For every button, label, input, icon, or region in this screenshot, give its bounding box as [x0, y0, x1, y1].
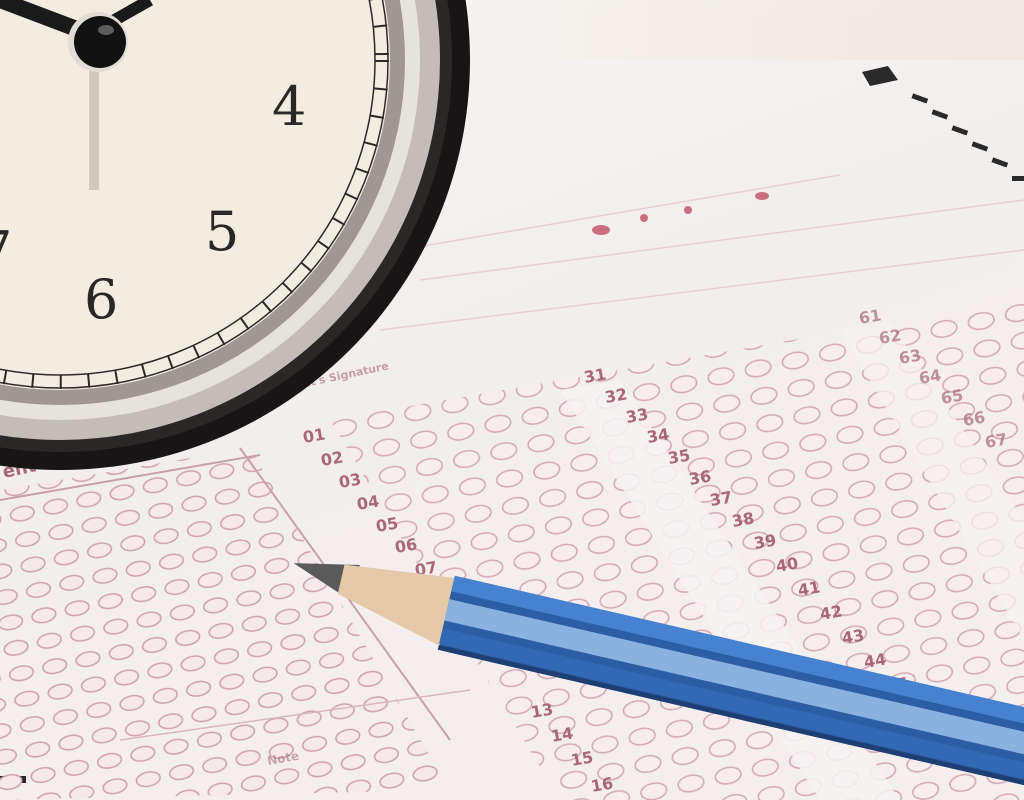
- svg-text:16: 16: [589, 773, 614, 796]
- svg-text:13: 13: [529, 699, 554, 722]
- svg-text:15: 15: [569, 747, 594, 770]
- svg-text:41: 41: [796, 577, 821, 600]
- svg-text:14: 14: [549, 723, 574, 746]
- svg-text:7: 7: [0, 220, 12, 283]
- svg-text:65: 65: [939, 385, 964, 408]
- svg-text:34: 34: [645, 424, 670, 447]
- svg-text:06: 06: [393, 534, 418, 557]
- svg-text:02: 02: [319, 447, 344, 470]
- svg-text:43: 43: [840, 625, 865, 648]
- svg-text:04: 04: [355, 491, 380, 514]
- svg-text:35: 35: [666, 445, 691, 468]
- svg-text:63: 63: [897, 345, 922, 368]
- svg-text:05: 05: [374, 513, 399, 536]
- svg-text:66: 66: [961, 407, 986, 430]
- svg-text:62: 62: [877, 325, 902, 348]
- svg-text:38: 38: [730, 508, 755, 531]
- svg-text:64: 64: [917, 365, 942, 388]
- svg-text:42: 42: [818, 601, 843, 624]
- svg-text:4: 4: [272, 75, 306, 138]
- svg-text:37: 37: [708, 487, 733, 510]
- header-lines: [380, 175, 1024, 330]
- answer-sheet-markings: 01 02 03 04 05 06 07 08 13 14 15 16 31 3…: [0, 0, 1024, 800]
- svg-text:61: 61: [857, 305, 882, 328]
- svg-text:33: 33: [624, 404, 649, 427]
- svg-text:32: 32: [603, 384, 628, 407]
- svg-text:03: 03: [337, 469, 362, 492]
- svg-text:44: 44: [862, 649, 887, 672]
- photo-scene: 01 02 03 04 05 06 07 08 13 14 15 16 31 3…: [0, 0, 1024, 800]
- svg-text:40: 40: [774, 553, 799, 576]
- alarm-clock: 4 5 6 7: [0, 0, 470, 470]
- svg-text:39: 39: [752, 530, 777, 553]
- svg-text:6: 6: [84, 268, 118, 331]
- svg-text:5: 5: [205, 200, 239, 263]
- svg-text:31: 31: [582, 364, 607, 387]
- svg-text:36: 36: [687, 466, 712, 489]
- svg-text:67: 67: [983, 429, 1008, 452]
- svg-text:01: 01: [301, 424, 326, 447]
